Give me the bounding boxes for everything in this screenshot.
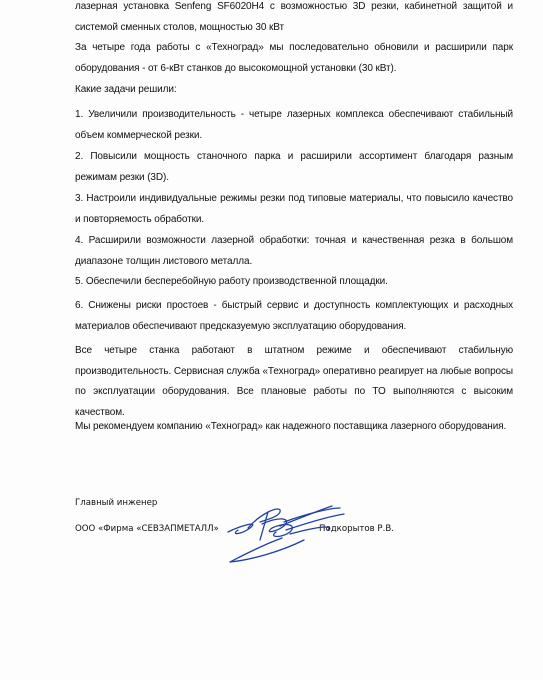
paragraph-service: Все четыре станка работают в штатном реж… [75, 341, 513, 423]
letter-page: лазерная установка Senfeng SF6020H4 с во… [0, 0, 543, 680]
list-item-6: 6. Снижены риски простоев - быстрый серв… [75, 296, 513, 337]
paragraph-tasks-heading: Какие задачи решили: [75, 80, 513, 101]
list-item-5: 5. Обеспечили бесперебойную работу произ… [75, 272, 513, 293]
handwritten-signature-icon [220, 500, 370, 570]
list-item-3: 3. Настроили индивидуальные режимы резки… [75, 189, 513, 230]
signatory-position: Главный инженер [75, 498, 157, 508]
paragraph-recommendation: Мы рекомендуем компанию «Техноград» как … [75, 417, 513, 438]
list-item-1: 1. Увеличили производительность - четыре… [75, 105, 513, 146]
paragraph-equipment-description: лазерная установка Senfeng SF6020H4 с во… [75, 0, 513, 38]
paragraph-four-years: За четыре года работы с «Техноград» мы п… [75, 38, 513, 79]
list-item-2: 2. Повысили мощность станочного парка и … [75, 147, 513, 188]
list-item-4: 4. Расширили возможности лазерной обрабо… [75, 231, 513, 272]
signatory-company: ООО «Фирма «СЕВЗАПМЕТАЛЛ» [75, 524, 219, 534]
